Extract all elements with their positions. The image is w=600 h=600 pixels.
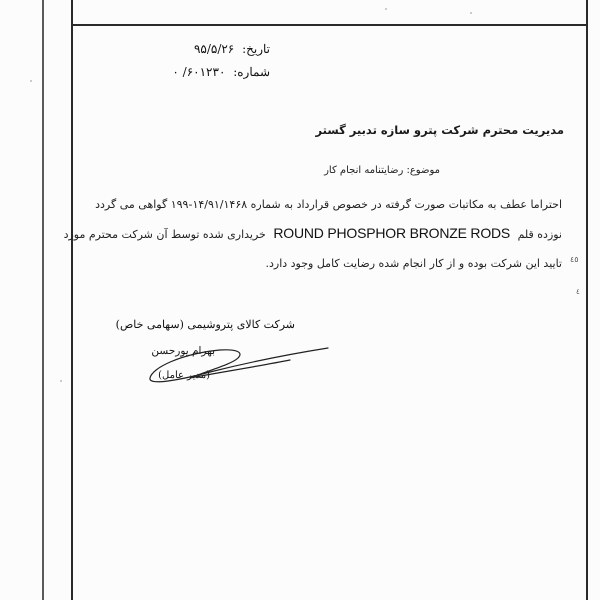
scan-speck bbox=[470, 12, 472, 14]
number-value: ۶۰۱۲۳۰/ ۰ bbox=[172, 65, 225, 79]
margin-mark-small: ٤ bbox=[576, 288, 580, 296]
date-value: ۹۵/۵/۲۶ bbox=[194, 42, 234, 56]
scanned-letter-page: تاریخ: ۹۵/۵/۲۶ شماره: ۶۰۱۲۳۰/ ۰ مدیریت م… bbox=[0, 0, 600, 600]
signatory-company: شرکت کالای پتروشیمی (سهامی خاص) bbox=[116, 318, 295, 331]
date-label: تاریخ: bbox=[242, 42, 270, 56]
margin-mark: ٤٥ bbox=[570, 255, 579, 264]
product-name: ROUND PHOSPHOR BRONZE RODS bbox=[273, 225, 510, 241]
body-line-2: نوزده قلم ROUND PHOSPHOR BRONZE RODS خری… bbox=[42, 219, 562, 249]
date-row: تاریخ: ۹۵/۵/۲۶ bbox=[140, 38, 270, 61]
addressee: مدیریت محترم شرکت پترو سازه تدبیر گستر bbox=[316, 123, 564, 137]
scan-speck bbox=[30, 80, 32, 82]
scan-speck bbox=[60, 380, 62, 382]
number-label: شماره: bbox=[233, 65, 270, 79]
body-line-2-prefix: نوزده قلم bbox=[518, 228, 562, 241]
frame-border-right bbox=[586, 0, 588, 600]
number-row: شماره: ۶۰۱۲۳۰/ ۰ bbox=[140, 61, 270, 84]
body-line-3: تایید این شرکت بوده و از کار انجام شده ر… bbox=[42, 249, 562, 278]
frame-border-left bbox=[71, 0, 73, 600]
letter-body: احتراما عطف به مکاتبات صورت گرفته در خصو… bbox=[42, 190, 562, 278]
body-line-1: احتراما عطف به مکاتبات صورت گرفته در خصو… bbox=[42, 190, 562, 219]
body-line-2-suffix: خریداری شده توسط آن شرکت محترم مورد bbox=[64, 228, 266, 241]
scan-speck bbox=[385, 8, 387, 10]
handwritten-signature bbox=[140, 340, 330, 395]
letter-header-meta: تاریخ: ۹۵/۵/۲۶ شماره: ۶۰۱۲۳۰/ ۰ bbox=[140, 38, 270, 84]
page-edge-line bbox=[42, 0, 44, 600]
frame-border-top bbox=[72, 24, 587, 26]
subject-line: موضوع: رضایتنامه انجام کار bbox=[324, 165, 440, 176]
